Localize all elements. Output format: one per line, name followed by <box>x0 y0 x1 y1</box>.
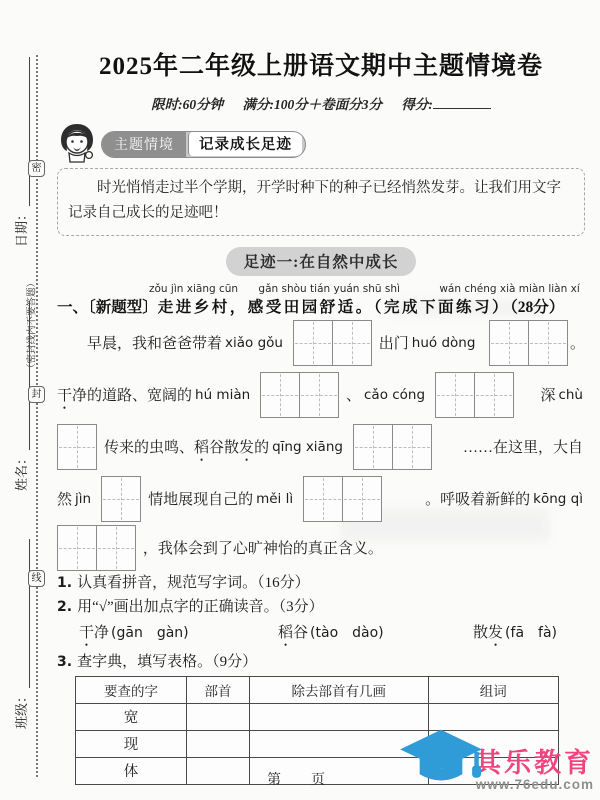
pinyin-group: zǒu jìn xiāng cūn <box>149 283 238 295</box>
passage-pinyin: huó dòng <box>412 335 476 351</box>
seal-char-xian: 线 <box>28 570 45 587</box>
exam-paper-page: 密 封 线 （密封线内不要答题） 日期： 姓名： 班级： 2025年二年级上册语… <box>0 0 600 800</box>
class-field: 班级： <box>10 539 30 729</box>
sub-question-number: 2. <box>57 599 72 615</box>
dotted-char: 稻 <box>194 436 209 457</box>
writing-cell <box>474 372 514 418</box>
writing-grid <box>303 476 382 522</box>
column-header: 部首 <box>187 676 250 703</box>
passage-text: 然 <box>57 488 72 509</box>
passage-pinyin: hú miàn <box>195 387 250 403</box>
word-option: 散发(fā fà) <box>473 621 557 642</box>
passage-text: 出门 <box>379 332 409 353</box>
sub-question-text: 用“√”画出加点字的正确读音。（3分） <box>77 595 324 616</box>
passage-pinyin: chù <box>558 387 583 403</box>
brand-url: www.76edu.com <box>476 777 594 792</box>
word-option: 干净(gān gàn) <box>79 621 189 642</box>
writing-cell <box>293 320 333 366</box>
writing-cell <box>489 320 529 366</box>
passage-pinyin: cǎo cóng <box>364 387 425 403</box>
dotted-char: 干 <box>79 621 94 642</box>
passage-line: 干净的道路、宽阔的 hú miàn 、 cǎo cóng 深 chù <box>57 369 585 421</box>
writing-grid <box>293 320 372 366</box>
writing-grid <box>353 424 432 470</box>
theme-banner: 主题情境 记录成长足迹 <box>57 123 585 165</box>
passage-pinyin: qīng xiāng <box>272 439 343 455</box>
total-score: 满分:100分＋卷面分3分 <box>243 97 383 112</box>
writing-grid <box>57 525 136 571</box>
pinyin-group: gǎn shòu tián yuán shū shì <box>258 283 400 295</box>
sub-question-3: 3. 查字典，填写表格。（9分） <box>57 650 585 674</box>
date-blank <box>16 57 30 206</box>
passage-line: 早晨，我和爸爸带着 xiǎo gǒu 出门 huó dòng 。 <box>57 317 585 369</box>
sub-question-2: 2. 用“√”画出加点字的正确读音。（3分） <box>57 595 585 619</box>
passage-text: 的 <box>254 436 269 457</box>
writing-cell <box>57 525 97 571</box>
writing-cell <box>528 320 568 366</box>
writing-grid <box>57 424 97 470</box>
writing-cell <box>96 525 136 571</box>
dotted-char: 稻 <box>278 621 293 642</box>
question1-heading: 一、〔新题型〕走进乡村，感受田园舒适。（完成下面练习）（28分） <box>57 295 585 317</box>
seal-char-mi: 密 <box>28 160 45 177</box>
sub-question-text: 查字典，填写表格。（9分） <box>77 650 257 671</box>
name-label: 姓名： <box>11 452 30 491</box>
passage-text: 深 <box>540 384 555 405</box>
passage-line: ，我体会到了心旷神怡的真正含义。 <box>57 525 585 571</box>
graduation-cap-icon <box>398 728 484 792</box>
writing-cell <box>101 476 141 522</box>
sub-question-number: 1. <box>57 575 72 591</box>
seal-char-feng: 封 <box>28 386 45 403</box>
column-header: 除去部首有几画 <box>249 676 428 703</box>
passage-text: 。 <box>570 332 585 353</box>
publisher-logo: 其乐教育 www.76edu.com <box>398 728 594 792</box>
writing-cell <box>332 320 372 366</box>
empty-cell <box>187 703 250 730</box>
question1-pinyin: zǒu jìn xiāng cūn gǎn shòu tián yuán shū… <box>57 283 585 295</box>
intro-text: 时光悄悄走过半个学期，开学时种下的种子已经悄然发芽。让我们用文字记录自己成长的足… <box>68 176 574 226</box>
word-char: 散 <box>473 625 488 641</box>
target-char-cell: 现 <box>76 730 187 757</box>
score-label: 得分: <box>401 97 433 112</box>
passage-line: 传来的虫鸣、稻谷散发的 qīng xiāng ……在这里，大自 <box>57 421 585 473</box>
passage-text: 。呼吸着新鲜的 <box>425 488 530 509</box>
writing-cell <box>342 476 382 522</box>
writing-cell <box>57 424 97 470</box>
name-field: 姓名： <box>10 301 30 491</box>
empty-cell <box>187 730 250 757</box>
question-number: 一、〔新题型〕 <box>57 299 158 316</box>
theme-pill: 主题情境 记录成长足迹 <box>101 131 306 158</box>
pronunciation-options-row: 干净(gān gàn) 稻谷(tào dào) 散发(fā fà) <box>57 619 585 650</box>
passage-text: 早晨，我和爸爸带着 <box>87 332 222 353</box>
writing-grid <box>101 476 141 522</box>
word-char: 净 <box>94 625 109 641</box>
girl-avatar-icon <box>57 122 97 166</box>
date-label: 日期： <box>11 208 30 247</box>
question-title: 走进乡村，感受田园舒适。 <box>158 299 374 316</box>
exam-meta-line: 限时:60分钟 满分:100分＋卷面分3分 得分: <box>57 93 585 113</box>
time-limit: 限时:60分钟 <box>151 97 223 112</box>
writing-cell <box>299 372 339 418</box>
empty-cell <box>428 703 558 730</box>
writing-cell <box>435 372 475 418</box>
dotted-char: 发 <box>488 621 503 642</box>
empty-cell <box>249 703 428 730</box>
column-header: 要查的字 <box>76 676 187 703</box>
passage-text: 情地展现自己的 <box>148 488 253 509</box>
name-blank <box>16 301 30 450</box>
writing-grid <box>435 372 514 418</box>
writing-grid <box>260 372 339 418</box>
writing-cell <box>353 424 393 470</box>
theme-tag: 主题情境 <box>102 131 186 158</box>
writing-cell <box>260 372 300 418</box>
passage-pinyin: xiǎo gǒu <box>225 335 283 351</box>
word-option: 稻谷(tào dào) <box>278 621 384 642</box>
pinyin-choices: (gān gàn) <box>111 625 189 641</box>
writing-cell <box>303 476 343 522</box>
passage-pinyin: jìn <box>75 491 91 507</box>
word-char: 谷 <box>293 625 308 641</box>
passage-line: 然 jìn 情地展现自己的 měi lì 。呼吸着新鲜的 kōng qì <box>57 473 585 525</box>
pinyin-group: wán chéng xià miàn liàn xí <box>439 283 579 295</box>
pinyin-choices: (fā fà) <box>505 625 557 641</box>
dotted-char: 发 <box>239 436 254 457</box>
sub-question-number: 3. <box>57 654 72 670</box>
passage-text: ……在这里，大自 <box>463 436 583 457</box>
writing-cell <box>392 424 432 470</box>
question-score: （28分） <box>510 299 564 316</box>
passage-text: ，我体会到了心旷神怡的真正含义。 <box>143 537 383 558</box>
column-header: 组词 <box>428 676 558 703</box>
score-blank <box>433 97 491 109</box>
passage-text: 传来的虫鸣、 <box>104 436 194 457</box>
sub-question-1: 1. 认真看拼音，规范写字词。（16分） <box>57 571 585 595</box>
target-char-cell: 宽 <box>76 703 187 730</box>
dotted-char: 干 <box>57 384 72 405</box>
pinyin-choices: (tào dào) <box>310 625 384 641</box>
passage-text: 、 <box>346 384 361 405</box>
theme-title: 记录成长足迹 <box>188 132 302 156</box>
table-row: 宽 <box>76 703 559 730</box>
question-instruction: （完成下面练习） <box>374 299 510 316</box>
passage-text: 净的道路、宽阔的 <box>72 384 192 405</box>
class-blank <box>16 539 30 688</box>
passage-pinyin: kōng qì <box>533 491 583 507</box>
writing-grid <box>489 320 568 366</box>
class-label: 班级： <box>11 690 30 729</box>
brand-name: 其乐教育 <box>474 749 594 777</box>
section-title-badge: 足迹一:在自然中成长 <box>226 247 417 276</box>
passage-pinyin: měi lì <box>256 491 293 507</box>
paper-title: 2025年二年级上册语文期中主题情境卷 <box>57 46 585 82</box>
table-header-row: 要查的字 部首 除去部首有几画 组词 <box>76 676 559 703</box>
intro-box: 时光悄悄走过半个学期，开学时种下的种子已经悄然发芽。让我们用文字记录自己成长的足… <box>57 168 585 236</box>
date-field: 日期： <box>10 57 30 247</box>
passage-text: 谷散 <box>209 436 239 457</box>
sub-question-text: 认真看拼音，规范写字词。（16分） <box>77 571 310 592</box>
